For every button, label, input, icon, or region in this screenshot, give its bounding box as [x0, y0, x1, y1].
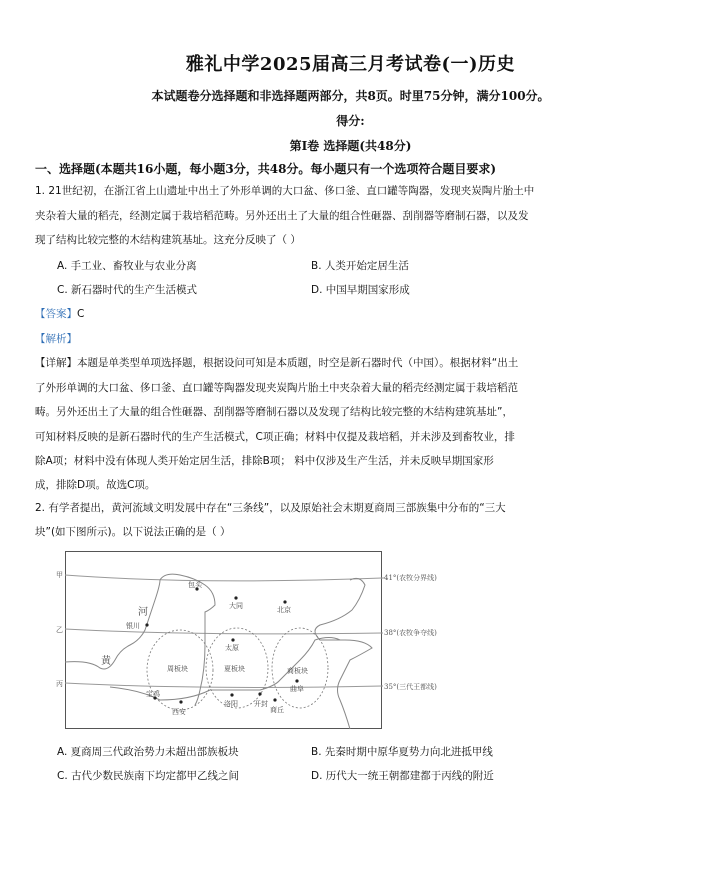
q1-option-a: A. 手工业、畜牧业与农业分离	[57, 258, 197, 273]
q1-analysis-line: 除A项；材料中没有体现人类开始定居生活，排除B项； 料中仅涉及生产生活，并未反映…	[35, 453, 494, 468]
answer-value: C	[77, 308, 84, 320]
q2-option-a: A. 夏商周三代政治势力未超出部族板块	[57, 744, 239, 759]
city-qufu: 曲阜	[290, 684, 304, 694]
detail-label: 【详解】	[35, 357, 77, 369]
q2-option-c: C. 古代少数民族南下均定都甲乙线之间	[57, 768, 239, 783]
q1-stem-line: 现了结构比较完整的木结构建筑基址。这充分反映了（ ）	[35, 232, 301, 247]
q1-answer: 【答案】C	[35, 306, 84, 321]
q1-analysis-line: 可知材料反映的是新石器时代的生产生活模式，C项正确；材料中仅提及栽培稻，并未涉及…	[35, 429, 515, 444]
q1-stem-line: 1. 21世纪初，在浙江省上山遗址中出土了外形单调的大口盆、侈口釜、直口罐等陶器…	[35, 183, 534, 198]
city-yinchuan: 银川	[126, 621, 140, 631]
line-label-bing: 丙	[56, 679, 63, 689]
score-label: 得分:	[0, 112, 701, 129]
q2-option-b: B. 先秦时期中原华夏势力向北进抵甲线	[311, 744, 493, 759]
city-kaifeng: 开封	[254, 699, 268, 709]
q2-stem-line: 2. 有学者提出，黄河流域文明发展中存在“三条线”，以及原始社会末期夏商周三部族…	[35, 500, 506, 515]
block-xia: 夏板块	[224, 664, 245, 674]
q1-option-b: B. 人类开始定居生活	[311, 258, 409, 273]
city-baotou: 包头	[188, 580, 202, 590]
q1-option-d: D. 中国早期国家形成	[311, 282, 410, 297]
q1-analysis-line: 了外形单调的大口盆、侈口釜、直口罐等陶器发现夹炭陶片胎土中夹杂着大量的稻壳经测定…	[35, 380, 518, 395]
river-label-he: 河	[138, 603, 148, 618]
analysis-label: 【解析】	[35, 331, 77, 346]
river-label-huang: 黄	[101, 652, 111, 667]
city-baoji: 宝鸡	[146, 689, 160, 699]
part-title: 第Ⅰ卷 选择题(共48分)	[0, 137, 701, 154]
block-shang: 商板块	[287, 666, 308, 676]
city-luoyang: 洛阳	[224, 699, 238, 709]
exam-instructions: 本试题卷分选择题和非选择题两部分，共8页。时里75分钟，满分100分。	[0, 87, 701, 104]
q1-analysis-line: 畴。另外还出土了大量的组合性砸器、刮削器等磨制石器以及发现了结构比较完整的木结构…	[35, 404, 513, 419]
q2-stem-line: 块”(如下图所示)。以下说法正确的是（ ）	[35, 524, 230, 539]
city-taiyuan: 太原	[225, 643, 239, 653]
line-label-jia: 甲	[56, 570, 63, 580]
city-datong: 大同	[229, 601, 243, 611]
line-label-yi: 乙	[56, 625, 63, 635]
answer-label: 【答案】	[35, 308, 77, 320]
q2-option-d: D. 历代大一统王朝都建都于丙线的附近	[311, 768, 494, 783]
exam-title: 雅礼中学2025届高三月考试卷(一)历史	[0, 50, 701, 76]
q1-option-c: C. 新石器时代的生产生活模式	[57, 282, 197, 297]
three-lines-map	[0, 540, 701, 740]
line-label-41: 41°(农牧分界线)	[384, 573, 437, 583]
line-label-38: 38°(农牧争夺线)	[384, 628, 437, 638]
q1-stem-line: 夹杂着大量的稻壳，经测定属于栽培稻范畴。另外还出土了大量的组合性砸器、刮削器等磨…	[35, 208, 529, 223]
line-label-35: 35°(三代王都线)	[384, 682, 437, 692]
city-beijing: 北京	[277, 605, 291, 615]
block-zhou: 周板块	[167, 664, 188, 674]
city-shangqiu: 商丘	[270, 705, 284, 715]
city-xian: 西安	[172, 707, 186, 717]
q1-analysis-line: 【详解】本题是单类型单项选择题，根据设问可知是本质题，时空是新石器时代（中国）。…	[35, 355, 518, 370]
section-title: 一、选择题(本题共16小题，每小题3分，共48分。每小题只有一个选项符合题目要求…	[35, 160, 496, 177]
q1-analysis-line: 成，排除D项。故选C项。	[35, 477, 155, 492]
